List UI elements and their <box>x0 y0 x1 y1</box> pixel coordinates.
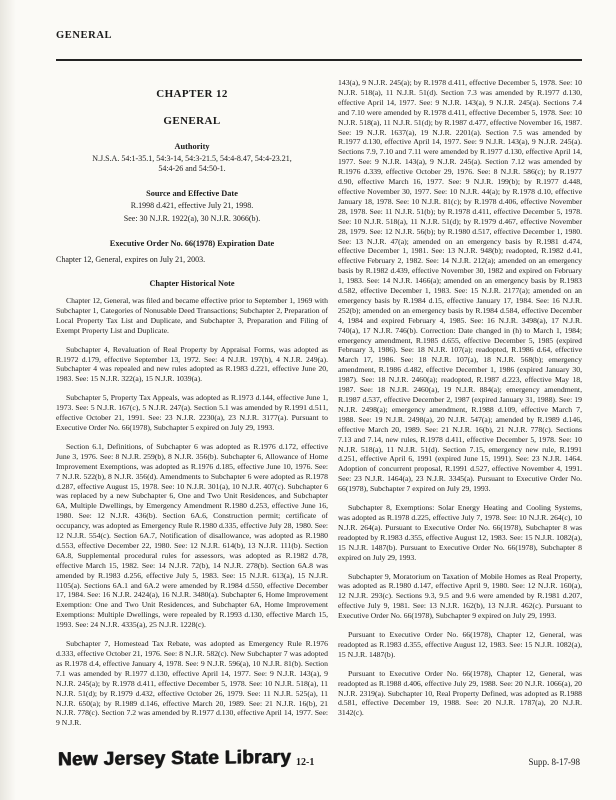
paragraph-continuation: 143(a), 9 N.J.R. 245(a); by R.1978 d.411… <box>338 78 582 494</box>
historical-note-left: Chapter 12, General, was filed and becam… <box>56 296 328 728</box>
paragraph: Subchapter 7, Homestead Tax Rebate, was … <box>56 639 328 728</box>
running-header: GENERAL <box>56 30 112 41</box>
paragraph: Subchapter 4, Revaluation of Real Proper… <box>56 345 328 385</box>
chapter-number-heading: CHAPTER 12 <box>56 88 328 100</box>
library-stamp: New Jersey State Library <box>58 747 291 771</box>
source-see-line: See: 30 N.J.R. 1922(a), 30 N.J.R. 3066(b… <box>56 214 328 224</box>
paragraph: Section 6.1, Definitions, of Subchapter … <box>56 442 328 630</box>
authority-heading: Authority <box>56 142 328 151</box>
header-rule <box>56 59 582 61</box>
paragraph: Chapter 12, General, was filed and becam… <box>56 296 328 336</box>
expiration-date-heading: Executive Order No. 66(1978) Expiration … <box>56 239 328 248</box>
two-column-body: CHAPTER 12 GENERAL Authority N.J.S.A. 54… <box>56 78 582 737</box>
document-page: GENERAL CHAPTER 12 GENERAL Authority N.J… <box>0 0 616 800</box>
chapter-historical-note-heading: Chapter Historical Note <box>56 279 328 288</box>
paragraph: Pursuant to Executive Order No. 66(1978)… <box>338 630 582 660</box>
source-line: R.1998 d.421, effective July 21, 1998. <box>56 201 328 211</box>
scan-edge-shadow <box>0 0 16 800</box>
supplement-date: Supp. 8-17-98 <box>529 757 581 767</box>
expiration-text: Chapter 12, General, expires on July 21,… <box>56 255 328 264</box>
paragraph: Subchapter 9, Moratorium on Taxation of … <box>338 572 582 622</box>
paragraph: Subchapter 5, Property Tax Appeals, was … <box>56 393 328 433</box>
chapter-title-heading: GENERAL <box>56 115 328 127</box>
paragraph: Pursuant to Executive Order No. 66(1978)… <box>338 669 582 719</box>
authority-citation: N.J.S.A. 54:1-35.1, 54:3-14, 54:3-21.5, … <box>56 154 328 174</box>
paragraph: Subchapter 8, Exemptions: Solar Energy H… <box>338 503 582 562</box>
source-effective-date-heading: Source and Effective Date <box>56 189 328 198</box>
right-column: 143(a), 9 N.J.R. 245(a); by R.1978 d.411… <box>338 78 582 727</box>
page-number: 12-1 <box>296 757 314 768</box>
left-column: CHAPTER 12 GENERAL Authority N.J.S.A. 54… <box>56 78 328 737</box>
